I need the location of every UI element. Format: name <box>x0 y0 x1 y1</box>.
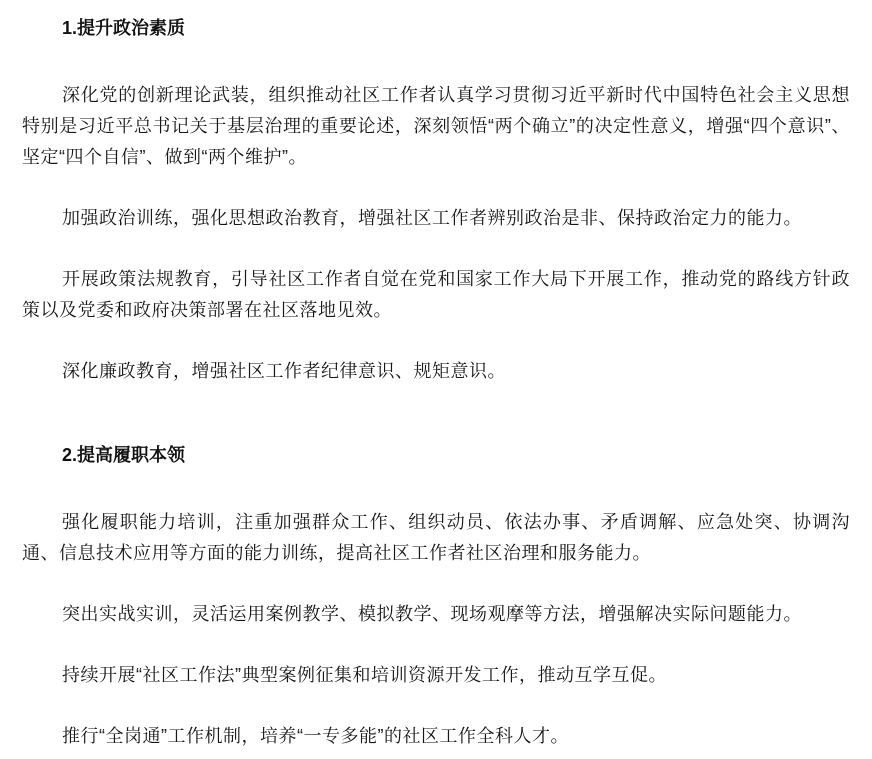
paragraph: 持续开展“社区工作法”典型案例征集和培训资源开发工作，推动互学互促。 <box>22 660 850 691</box>
section-political-quality: 1.提升政治素质 深化党的创新理论武装，组织推动社区工作者认真学习贯彻习近平新时… <box>22 13 850 387</box>
paragraph: 深化党的创新理论武装，组织推动社区工作者认真学习贯彻习近平新时代中国特色社会主义… <box>22 80 850 173</box>
paragraph: 开展政策法规教育，引导社区工作者自觉在党和国家工作大局下开展工作，推动党的路线方… <box>22 264 850 326</box>
paragraph: 深化廉政教育，增强社区工作者纪律意识、规矩意识。 <box>22 356 850 387</box>
section-2-heading: 2.提高履职本领 <box>22 440 850 471</box>
document-page: 1.提升政治素质 深化党的创新理论武装，组织推动社区工作者认真学习贯彻习近平新时… <box>0 0 872 759</box>
paragraph: 突出实战实训，灵活运用案例教学、模拟教学、现场观摩等方法，增强解决实际问题能力。 <box>22 599 850 630</box>
section-job-performance: 2.提高履职本领 强化履职能力培训，注重加强群众工作、组织动员、依法办事、矛盾调… <box>22 440 850 752</box>
paragraph: 推行“全岗通”工作机制，培养“一专多能”的社区工作全科人才。 <box>22 721 850 752</box>
paragraph: 强化履职能力培训，注重加强群众工作、组织动员、依法办事、矛盾调解、应急处突、协调… <box>22 507 850 569</box>
section-1-heading: 1.提升政治素质 <box>22 13 850 44</box>
paragraph: 加强政治训练，强化思想政治教育，增强社区工作者辨别政治是非、保持政治定力的能力。 <box>22 203 850 234</box>
